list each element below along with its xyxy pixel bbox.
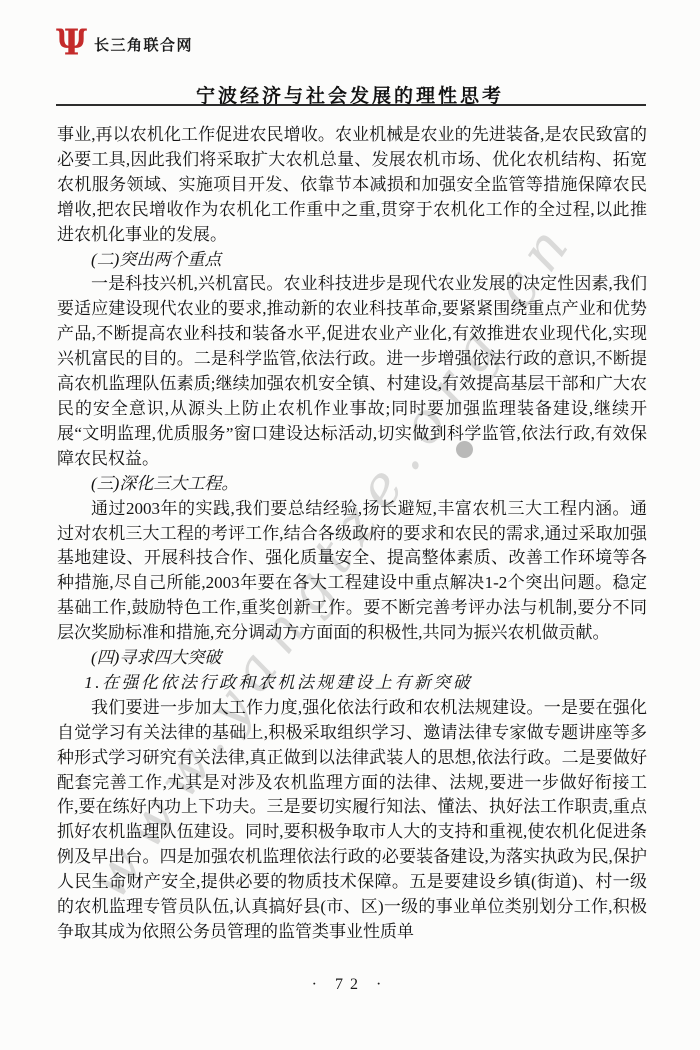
article-body: 事业,再以农机化工作促进农民增收。农业机械是农业的先进装备,是农民致富的必要工具… bbox=[57, 123, 647, 945]
logo-text: 长三角联合网 bbox=[94, 34, 193, 58]
section-subheading: 1.在强化依法行政和农机法规建设上有新突破 bbox=[57, 671, 647, 696]
section-heading: (三)深化三大工程。 bbox=[57, 472, 647, 497]
page-number: · 72 · bbox=[0, 976, 700, 994]
site-logo: Ψ 长三角联合网 bbox=[56, 28, 193, 58]
logo-trident-icon: Ψ bbox=[56, 27, 87, 59]
paragraph: 一是科技兴机,兴机富民。农业科技进步是现代农业发展的决定性因素,我们要适应建设现… bbox=[57, 272, 647, 471]
title-divider bbox=[56, 104, 646, 106]
paragraph: 事业,再以农机化工作促进农民增收。农业机械是农业的先进装备,是农民致富的必要工具… bbox=[57, 123, 647, 248]
section-heading: (二)突出两个重点 bbox=[57, 248, 647, 273]
paragraph: 通过2003年的实践,我们要总结经验,扬长避短,丰富农机三大工程内涵。通过对农机… bbox=[57, 497, 647, 646]
paragraph: 我们要进一步加大工作力度,强化依法行政和农机法规建设。一是要在强化自觉学习有关法… bbox=[57, 696, 647, 945]
section-heading: (四)寻求四大突破 bbox=[57, 646, 647, 671]
document-page: Ψ 长三角联合网 宁波经济与社会发展的理性思考 www.yangtze.org.… bbox=[0, 0, 700, 1050]
